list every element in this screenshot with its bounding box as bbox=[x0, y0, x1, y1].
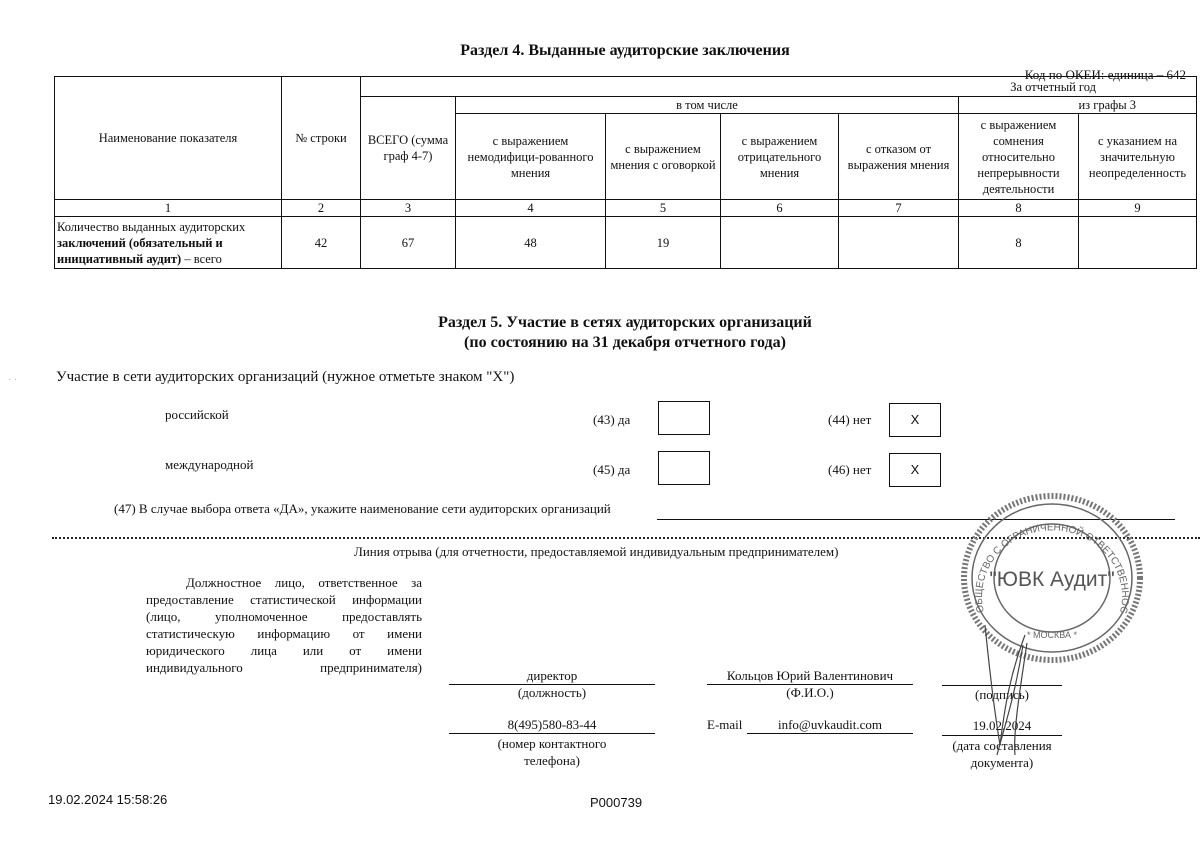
code-43-label: (43) да bbox=[593, 412, 630, 428]
col-number: 6 bbox=[721, 200, 839, 217]
footer-timestamp: 19.02.2024 15:58:26 bbox=[48, 792, 167, 807]
cell-row-no: 42 bbox=[282, 217, 361, 269]
header-reporting-year: За отчетный год bbox=[361, 77, 1197, 97]
header-col7: с отказом от выражения мнения bbox=[839, 114, 959, 200]
code-46-label: (46) нет bbox=[828, 462, 871, 478]
section5-title-line1: Раздел 5. Участие в сетях аудиторских ор… bbox=[300, 313, 950, 333]
col-number: 7 bbox=[839, 200, 959, 217]
position-label: (должность) bbox=[449, 685, 655, 701]
col-number: 8 bbox=[959, 200, 1079, 217]
phone-line bbox=[449, 733, 655, 734]
col-number: 4 bbox=[456, 200, 606, 217]
column-numbers-row: 1 2 3 4 5 6 7 8 9 bbox=[55, 200, 1197, 217]
email-line bbox=[747, 733, 913, 734]
russian-no-checkbox[interactable]: X bbox=[889, 403, 941, 437]
network-label-russian: российской bbox=[165, 407, 229, 423]
svg-text:ОБЩЕСТВО С ОГРАНИЧЕННОЙ ОТВЕТС: ОБЩЕСТВО С ОГРАНИЧЕННОЙ ОТВЕТСТВЕННОСТЬЮ… bbox=[960, 492, 1130, 614]
header-col6: с выражением отрицательного мнения bbox=[721, 114, 839, 200]
header-col8: с выражением сомнения относительно непре… bbox=[959, 114, 1079, 200]
col-number: 2 bbox=[282, 200, 361, 217]
cell-col6 bbox=[721, 217, 839, 269]
indicator-name: Количество выданных аудиторских заключен… bbox=[55, 217, 282, 269]
network-name-prompt: (47) В случае выбора ответа «ДА», укажит… bbox=[114, 501, 611, 517]
international-yes-checkbox[interactable] bbox=[658, 451, 710, 485]
network-label-international: международной bbox=[165, 457, 253, 473]
section5-title-line2: (по состоянию на 31 декабря отчетного го… bbox=[300, 333, 950, 353]
cell-col8: 8 bbox=[959, 217, 1079, 269]
cell-col5: 19 bbox=[606, 217, 721, 269]
table-row: Количество выданных аудиторских заключен… bbox=[55, 217, 1197, 269]
header-including: в том числе bbox=[456, 97, 959, 114]
col-number: 3 bbox=[361, 200, 456, 217]
position-value: директор bbox=[449, 668, 655, 684]
header-col9: с указанием на значительную неопределенн… bbox=[1079, 114, 1197, 200]
col-number: 9 bbox=[1079, 200, 1197, 217]
cell-col9 bbox=[1079, 217, 1197, 269]
phone-value: 8(495)580-83-44 bbox=[449, 717, 655, 733]
header-row-no: № строки bbox=[282, 77, 361, 200]
code-44-label: (44) нет bbox=[828, 412, 871, 428]
phone-label: (номер контактного телефона) bbox=[470, 735, 634, 769]
network-instruction: Участие в сети аудиторских организаций (… bbox=[56, 369, 514, 386]
col-number: 1 bbox=[55, 200, 282, 217]
indicator-name-plain: Количество выданных аудиторских bbox=[57, 220, 245, 234]
section4-title: Раздел 4. Выданные аудиторские заключени… bbox=[300, 42, 950, 60]
header-col4: с выражением немодифици-рованного мнения bbox=[456, 114, 606, 200]
name-label: (Ф.И.О.) bbox=[707, 685, 913, 701]
footer-code: P000739 bbox=[590, 795, 642, 810]
cell-col4: 48 bbox=[456, 217, 606, 269]
signature-scribble-icon bbox=[975, 615, 1055, 765]
email-label: E-mail bbox=[707, 717, 742, 733]
col-number: 5 bbox=[606, 200, 721, 217]
header-indicator: Наименование показателя bbox=[55, 77, 282, 200]
section5-title: Раздел 5. Участие в сетях аудиторских ор… bbox=[300, 313, 950, 353]
international-no-checkbox[interactable]: X bbox=[889, 453, 941, 487]
scan-dots: · · bbox=[8, 375, 38, 386]
russian-yes-checkbox[interactable] bbox=[658, 401, 710, 435]
indicator-name-suffix: – всего bbox=[181, 252, 222, 266]
tear-line-label: Линия отрыва (для отчетности, предоставл… bbox=[354, 544, 839, 560]
header-col5: с выражением мнения с оговоркой bbox=[606, 114, 721, 200]
header-from-col3: из графы 3 bbox=[959, 97, 1197, 114]
svg-text:"ЮВК Аудит": "ЮВК Аудит" bbox=[989, 568, 1114, 591]
cell-total: 67 bbox=[361, 217, 456, 269]
audit-opinions-table: Наименование показателя № строки За отче… bbox=[54, 76, 1197, 269]
email-value: info@uvkaudit.com bbox=[747, 717, 913, 733]
cell-col7 bbox=[839, 217, 959, 269]
name-value: Кольцов Юрий Валентинович bbox=[707, 668, 913, 684]
header-total: ВСЕГО (сумма граф 4-7) bbox=[361, 97, 456, 200]
responsible-description: Должностное лицо, ответственное за предо… bbox=[146, 574, 422, 676]
code-45-label: (45) да bbox=[593, 462, 630, 478]
